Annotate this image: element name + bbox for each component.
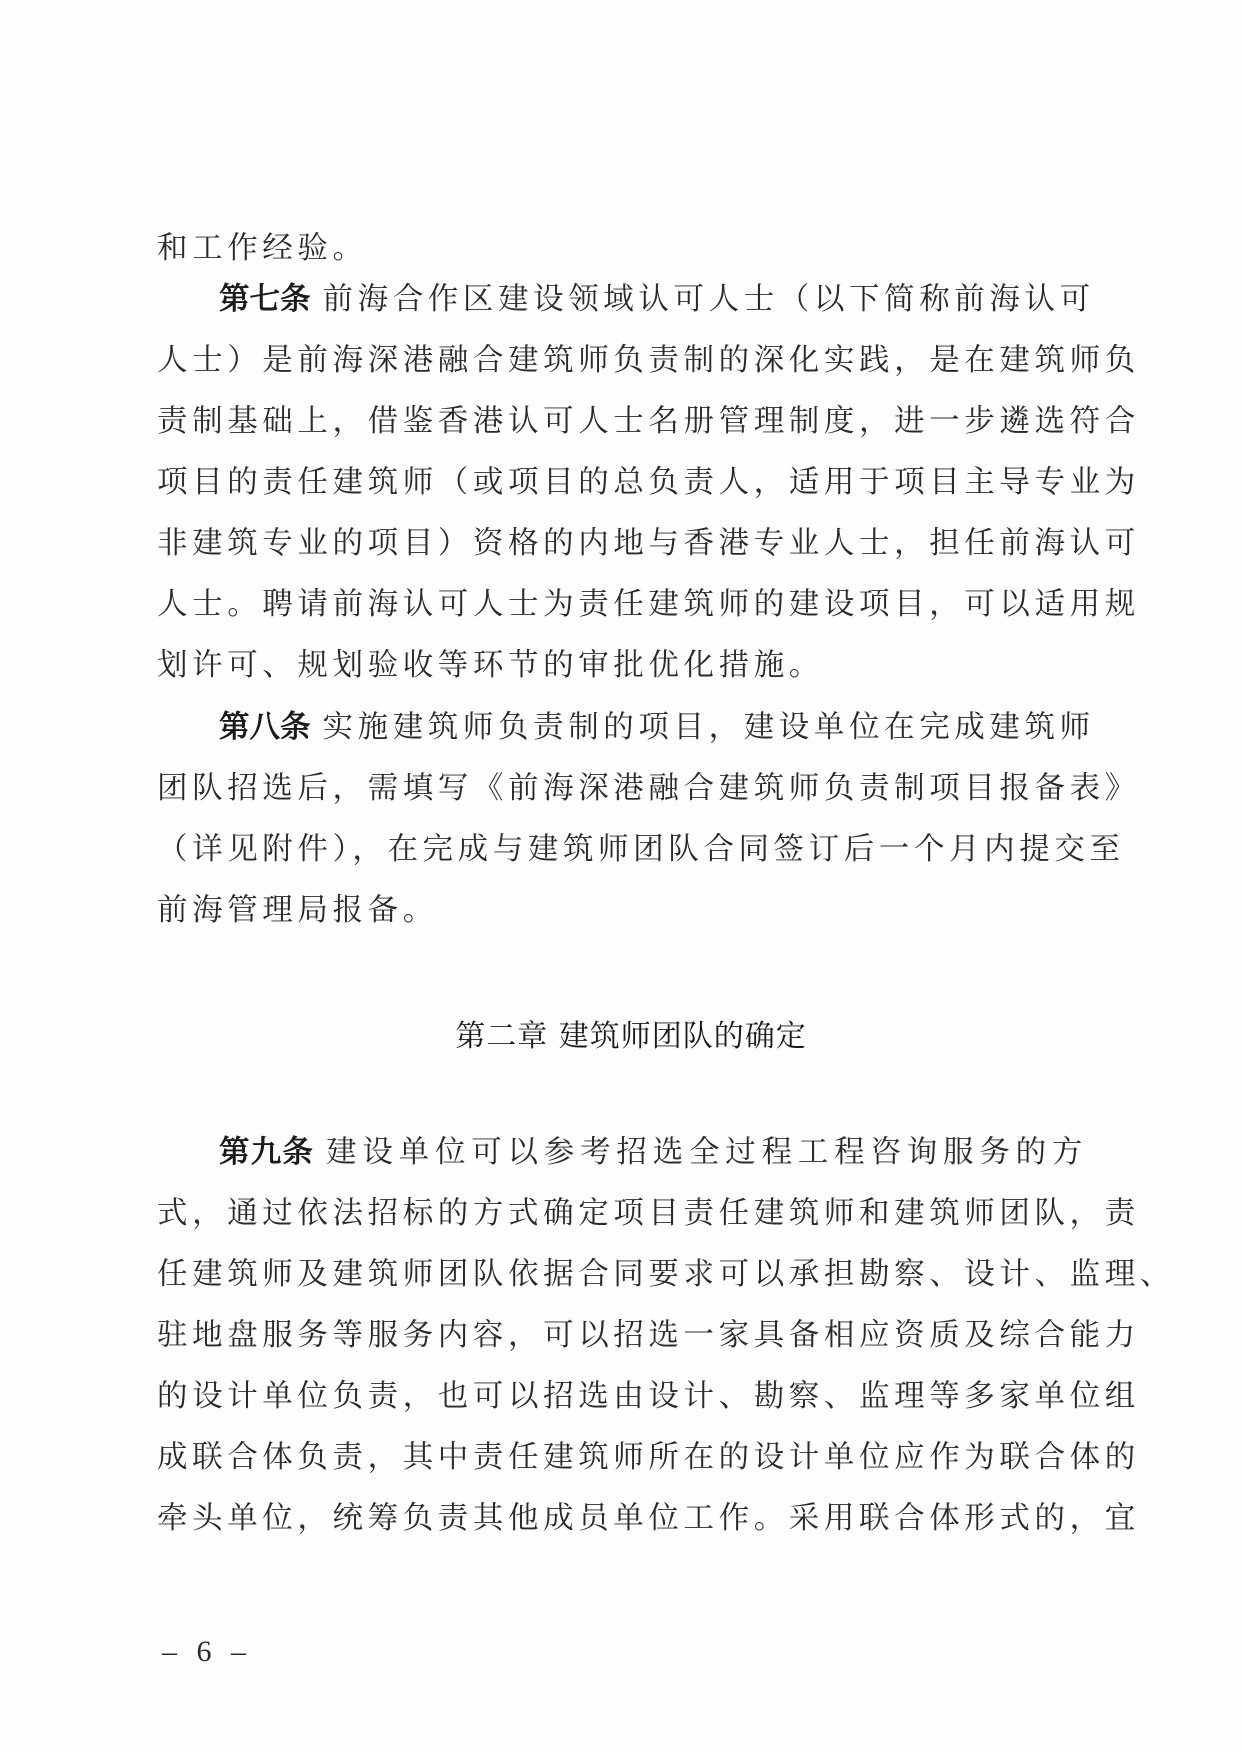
paragraph-line: （详见附件），在完成与建筑师团队合同签订后一个月内提交至 xyxy=(157,825,1087,875)
paragraph-line: 人士。聘请前海认可人士为责任建筑师的建设项目，可以适用规 xyxy=(157,580,1087,630)
paragraph-line: 成联合体负责，其中责任建筑师所在的设计单位应作为联合体的 xyxy=(157,1433,1087,1483)
article-8-first-line: 第八条实施建筑师负责制的项目，建设单位在完成建筑师 xyxy=(219,703,1087,753)
article-label: 第九条 xyxy=(219,1135,314,1170)
article-label: 第八条 xyxy=(219,710,311,745)
paragraph-line: 前海管理局报备。 xyxy=(157,886,1087,936)
paragraph-text: 建设单位可以参考招选全过程工程咨询服务的方 xyxy=(326,1135,1087,1170)
article-7-first-line: 第七条前海合作区建设领域认可人士（以下简称前海认可 xyxy=(219,275,1087,325)
paragraph-line: 责制基础上，借鉴香港认可人士名册管理制度，进一步遴选符合 xyxy=(157,397,1087,447)
paragraph-line: 牵头单位，统筹负责其他成员单位工作。采用联合体形式的，宜 xyxy=(157,1494,1087,1544)
paragraph-line: 项目的责任建筑师（或项目的总负责人，适用于项目主导专业为 xyxy=(157,458,1087,508)
paragraph-line: 和工作经验。 xyxy=(157,224,1087,274)
page-number: – 6 – xyxy=(162,1635,252,1669)
paragraph-line: 划许可、规划验收等环节的审批优化措施。 xyxy=(157,641,1087,691)
paragraph-line: 的设计单位负责，也可以招选由设计、勘察、监理等多家单位组 xyxy=(157,1372,1087,1422)
document-page: 和工作经验。 第七条前海合作区建设领域认可人士（以下简称前海认可 人士）是前海深… xyxy=(0,0,1242,1753)
article-label: 第七条 xyxy=(219,282,311,317)
paragraph-line: 式，通过依法招标的方式确定项目责任建筑师和建筑师团队，责 xyxy=(157,1189,1087,1239)
paragraph-text: 前海合作区建设领域认可人士（以下简称前海认可 xyxy=(323,282,1095,317)
paragraph-line: 团队招选后，需填写《前海深港融合建筑师负责制项目报备表》 xyxy=(157,764,1087,814)
paragraph-line: 人士）是前海深港融合建筑师负责制的深化实践，是在建筑师负 xyxy=(157,336,1087,386)
chapter-heading: 第二章 建筑师团队的确定 xyxy=(0,1012,1242,1062)
paragraph-line: 非建筑专业的项目）资格的内地与香港专业人士，担任前海认可 xyxy=(157,519,1087,569)
paragraph-line: 任建筑师及建筑师团队依据合同要求可以承担勘察、设计、监理、 xyxy=(157,1250,1087,1300)
paragraph-text: 实施建筑师负责制的项目，建设单位在完成建筑师 xyxy=(323,710,1095,745)
article-9-first-line: 第九条建设单位可以参考招选全过程工程咨询服务的方 xyxy=(219,1128,1087,1178)
paragraph-line: 驻地盘服务等服务内容，可以招选一家具备相应资质及综合能力 xyxy=(157,1311,1087,1361)
